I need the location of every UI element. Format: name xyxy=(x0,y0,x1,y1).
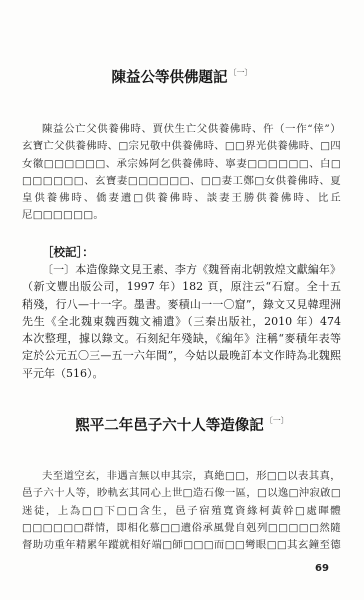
note-line: （新文豐出版公司，1997 年）182 頁，原注云“石窟。全十五行， xyxy=(22,278,341,295)
page-number: 69 xyxy=(315,563,329,574)
footnote-marker: 〔一〕 xyxy=(229,68,253,77)
text-line: 邑子六十人等，眇軌玄其同心上世□造石像一區，□以逸□沖寂啟□ xyxy=(22,485,341,502)
text-line: 皇供養佛時、僑妻遺□供養佛時、談妻王勝供養佛時、比丘 xyxy=(22,190,341,207)
footnote-marker: 〔一〕 xyxy=(265,416,289,425)
text-line: □□□□□□、玄寶妻□□□□□□、□□妻工鄭□女供養佛時、夏侯妻 xyxy=(22,173,341,190)
text-line: 迷徒，上為□□下□□含生，邑子宿殖寬資緣柯黃幹□處暉體 xyxy=(22,503,341,520)
text-line: 女徽□□□□□□、承宗姊阿乞供養佛時、寧妻□□□□□□、白□妻 xyxy=(22,156,341,173)
title-text: 熙平二年邑子六十人等造像記 xyxy=(75,418,264,434)
text-line: 陳益公亡父供養佛時、賈伏生亡父供養佛時、仵（一作“倖”） xyxy=(22,121,341,138)
inscription-text-2: 夫至道空玄，非遇言無以申其宗，真絶□□，形□□以表其真， 邑子六十人等，眇軌玄其… xyxy=(22,468,341,554)
text-line: □□□□□□群情，即相化慕□□遺俗承風覺自剋列□□□□□然隨冥 xyxy=(22,520,341,537)
section-title-xiping: 熙平二年邑子六十人等造像記〔一〕 xyxy=(0,414,364,435)
note-line: 稍殘，行八—十一字。墨書。麥積山一一〇窟”，錄文又見韓理洲 xyxy=(22,296,341,313)
text-line: 玄寶亡父供養佛時、□宗兄敬中供養佛時、□□界光供養佛時、□四 xyxy=(22,138,341,155)
text-line: 尼□□□□□□。 xyxy=(22,207,341,224)
title-text: 陳益公等供佛題記 xyxy=(112,70,228,86)
note-line: 先生《全北魏東魏西魏文補遺》（三秦出版社，2010 年）474 頁， xyxy=(22,313,341,330)
inscription-text-1: 陳益公亡父供養佛時、賈伏生亡父供養佛時、仵（一作“倖”） 玄寶亡父供養佛時、□宗… xyxy=(22,121,341,225)
collation-notes: 〔一〕本造像錄文見王素、李方《魏晉南北朝敦煌文獻編年》 （新文豐出版公司，199… xyxy=(22,261,341,382)
note-line: 本次整理，據以錄文。石刻紀年殘缺，《編年》注稱“麥積年表等 xyxy=(22,330,341,347)
notes-heading: ［校記］： xyxy=(42,244,94,260)
note-line: 〔一〕本造像錄文見王素、李方《魏晉南北朝敦煌文獻編年》 xyxy=(22,261,341,278)
note-line: 定於公元五〇三—五一六年間”，今姑以最晚訂本文作時為北魏熙 xyxy=(22,347,341,364)
text-line: 夫至道空玄，非遇言無以申其宗，真絶□□，形□□以表其真， xyxy=(22,468,341,485)
note-line: 平元年（516）。 xyxy=(22,365,341,382)
section-title-chen-yigong: 陳益公等供佛題記〔一〕 xyxy=(0,66,364,87)
text-line: 督助功重年精累年蹤就相好端□師□□□而□□彎眼□□其玄鐘至德 xyxy=(22,537,341,554)
